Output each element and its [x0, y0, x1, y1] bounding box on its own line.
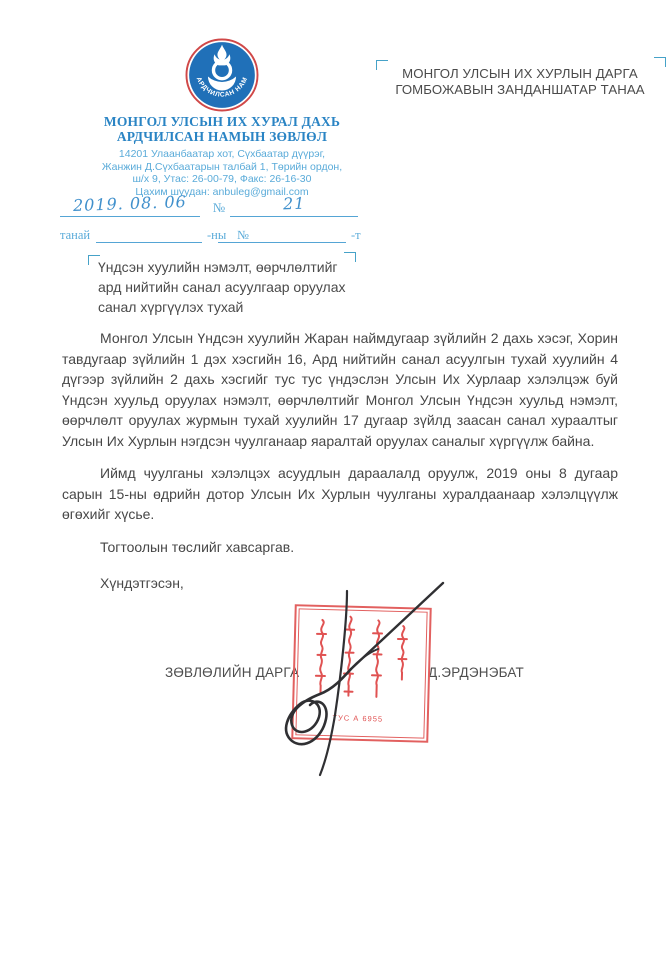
- letter-body: Монгол Улсын Үндсэн хуулийн Жаран наймду…: [62, 328, 618, 606]
- ref-prefix: танай: [60, 228, 90, 243]
- signer-name: Д.ЭРДЭНЭБАТ: [428, 665, 524, 680]
- bracket-top-left-icon: [88, 255, 100, 265]
- bracket-top-right-icon: [344, 252, 356, 262]
- body-paragraph-3: Тогтоолын төслийг хавсаргав.: [62, 537, 618, 558]
- ref-blank-line-2: [218, 228, 346, 243]
- subject-line3: санал хүргүүлэх тухай: [98, 297, 356, 317]
- body-paragraph-2: Иймд чуулганы хэлэлцэх асуудлын дараалал…: [62, 463, 618, 525]
- document-number-field: 21: [230, 194, 358, 217]
- letter-document: АРДЧИЛСАН НАМ МОНГОЛ УЛСЫН ИХ ХУРАЛ ДАХЬ…: [0, 0, 670, 960]
- subject-block: Үндсэн хуулийн нэмэлт, өөрчлөлтийг ард н…: [88, 252, 356, 317]
- subject-line2: ард нийтийн санал асуулгаар оруулах: [98, 277, 356, 297]
- subject-line1: Үндсэн хуулийн нэмэлт, өөрчлөлтийг: [98, 257, 356, 277]
- handwritten-date: 2019. 08. 06: [73, 192, 187, 215]
- party-logo: АРДЧИЛСАН НАМ: [185, 38, 259, 112]
- number-sign: №: [207, 200, 231, 216]
- recipient-line1: МОНГОЛ УЛСЫН ИХ ХУРЛЫН ДАРГА: [374, 66, 666, 82]
- address-line2: Жанжин Д.Сүхбаатарын талбай 1, Төрийн ор…: [58, 161, 386, 174]
- handwritten-number: 21: [282, 194, 305, 214]
- bracket-top-left-icon: [376, 60, 388, 70]
- democratic-party-emblem-icon: АРДЧИЛСАН НАМ: [185, 38, 259, 112]
- ref-suffix: -т: [351, 228, 361, 243]
- reference-row: танай -ны № -т: [60, 228, 370, 246]
- address-line3: ш/х 9, Утас: 26-00-79, Факс: 26-16-30: [58, 173, 386, 186]
- org-name-line2: АРДЧИЛСАН НАМЫН ЗӨВЛӨЛ: [58, 129, 386, 144]
- stamp-serial: ТУС А 6955: [332, 713, 383, 723]
- bracket-top-right-icon: [654, 57, 666, 67]
- ref-blank-line-1: [96, 228, 202, 243]
- body-paragraph-1: Монгол Улсын Үндсэн хуулийн Жаран наймду…: [62, 328, 618, 451]
- recipient-block: МОНГОЛ УЛСЫН ИХ ХУРЛЫН ДАРГА ГОМБОЖАВЫН …: [374, 57, 666, 98]
- stamp-script-icon: ТУС А 6955: [293, 606, 425, 736]
- signer-title: ЗӨВЛӨЛИЙН ДАРГА: [165, 665, 299, 680]
- address-line1: 14201 Улаанбаатар хот, Сүхбаатар дүүрэг,: [58, 148, 386, 161]
- closing-salutation: Хүндэтгэсэн,: [62, 573, 618, 594]
- date-field: 2019. 08. 06: [60, 194, 200, 217]
- official-stamp: ТУС А 6955: [291, 604, 431, 743]
- date-number-row: 2019. 08. 06 № 21: [60, 194, 360, 220]
- org-name-line1: МОНГОЛ УЛСЫН ИХ ХУРАЛ ДАХЬ: [58, 114, 386, 129]
- org-address: 14201 Улаанбаатар хот, Сүхбаатар дүүрэг,…: [58, 148, 386, 198]
- recipient-line2: ГОМБОЖАВЫН ЗАНДАНШАТАР ТАНАА: [374, 82, 666, 98]
- org-name: МОНГОЛ УЛСЫН ИХ ХУРАЛ ДАХЬ АРДЧИЛСАН НАМ…: [58, 114, 386, 144]
